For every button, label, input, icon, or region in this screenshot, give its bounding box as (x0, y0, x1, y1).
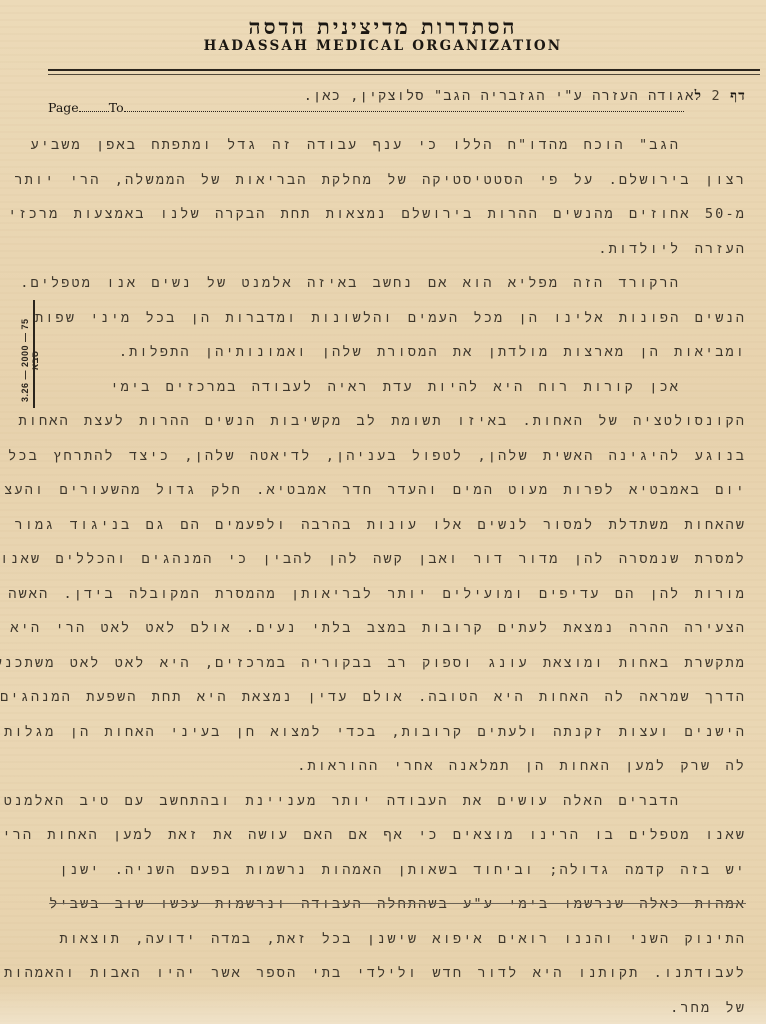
body-line: של מחר. (40, 991, 746, 1024)
letterhead-hebrew-name: הסתדרות מדיצינית הדסה (0, 14, 766, 40)
print-stamp: 3.26 — 2000 — 75 סבא (20, 312, 34, 408)
to-label: To (109, 100, 124, 115)
body-line: הצעירה ההרה נמצאת לעתים קרובות במצב בלתי… (40, 611, 746, 646)
body-line: לעבודתנו. תקותנו היא לדור חדש ולילדי בתי… (40, 956, 746, 991)
letterhead-rule-thin (48, 74, 760, 75)
body-line: התינוק השני והננו רואים איפוא שישנן בכל … (40, 922, 746, 957)
page-label: Page (48, 100, 79, 115)
letterhead-rule (48, 69, 760, 71)
to-dotted-line (124, 111, 684, 112)
body-line: שהאחות משתדלת למסור לנשים אלו עונות בהרב… (40, 508, 746, 543)
body-line: רצון בירושלם. על פי הסטטיסטיקה של מחלקת … (40, 163, 746, 198)
body-line: בנוגע להיגינה האשית שלהן, לטפול בעניהן, … (40, 439, 746, 474)
body-line: יום באמבטיא לפרות מעוט המים והעדר חדר אמ… (40, 473, 746, 508)
body-line: לה שרק למען האחות הן תמלאנה אחרי ההוראות… (40, 749, 746, 784)
body-line: אכן קורות רוח היא להיות עדת ראיה לעבודה … (40, 370, 746, 405)
body-line: הנשים הפונות אלינו הן מכל העמים והלשונות… (40, 301, 746, 336)
page-dotted-line (79, 111, 109, 112)
body-line: הישנים ועצות זקנתה ולעתים קרובות, בכדי ל… (40, 715, 746, 750)
body-line: מתקשרת באחות ומוצאת עונג וספוק רב בבקורי… (40, 646, 746, 681)
body-line: למסרת שנמסרה להן מדור דור ואבן קשה להן ל… (40, 542, 746, 577)
body-line: העזרה ליולדות. (40, 232, 746, 267)
letter-body: הגב" הוכח מהדו"ח הללו כי ענף עבודה זה גד… (40, 128, 746, 1024)
body-line: הגב" הוכח מהדו"ח הללו כי ענף עבודה זה גד… (40, 128, 746, 163)
body-line: ומביאות הן מארצות מולדתן את המסורת שלהן … (40, 335, 746, 370)
body-line: הקונסולטציה של האחות. באיזו תשומת לב מקש… (40, 404, 746, 439)
body-line: יש בזה קדמה גדולה; וביחוד בשאותן האמהות … (40, 853, 746, 888)
hebrew-page-label: דף (730, 88, 746, 104)
body-line: הרקורד הזה מפליא הוא אם נחשב באיזה אלמנט… (40, 266, 746, 301)
recipient-text: אגודה העזרה ע"י הגזבריה הגב" סלוצקין, כא… (304, 88, 695, 104)
page-number: 2 (711, 88, 720, 104)
body-line: שאנו מטפלים בו הרינו מוצאים כי אף אם האם… (40, 818, 746, 853)
letterhead-english-name: HADASSAH MEDICAL ORGANIZATION (0, 38, 766, 54)
body-line: אמהות כאלה שנרשמו בימי ע"ע בשהתחלה העבוד… (40, 887, 746, 922)
body-line: מ-50 אחוזים מהנשים ההרות בירושלם נמצאות … (40, 197, 746, 232)
recipient-line: דף 2 לאגודה העזרה ע"י הגזבריה הגב" סלוצק… (304, 88, 746, 105)
body-line: הדרך שמראה לה האחות היא הטובה. אולם עדין… (40, 680, 746, 715)
body-line: מורות להן הם עדיפים ומועילים יותר לבריאו… (40, 577, 746, 612)
body-line: הדברים האלה עושים את העבודה יותר מעניינת… (40, 784, 746, 819)
recipient-prefix: ל (695, 88, 703, 104)
